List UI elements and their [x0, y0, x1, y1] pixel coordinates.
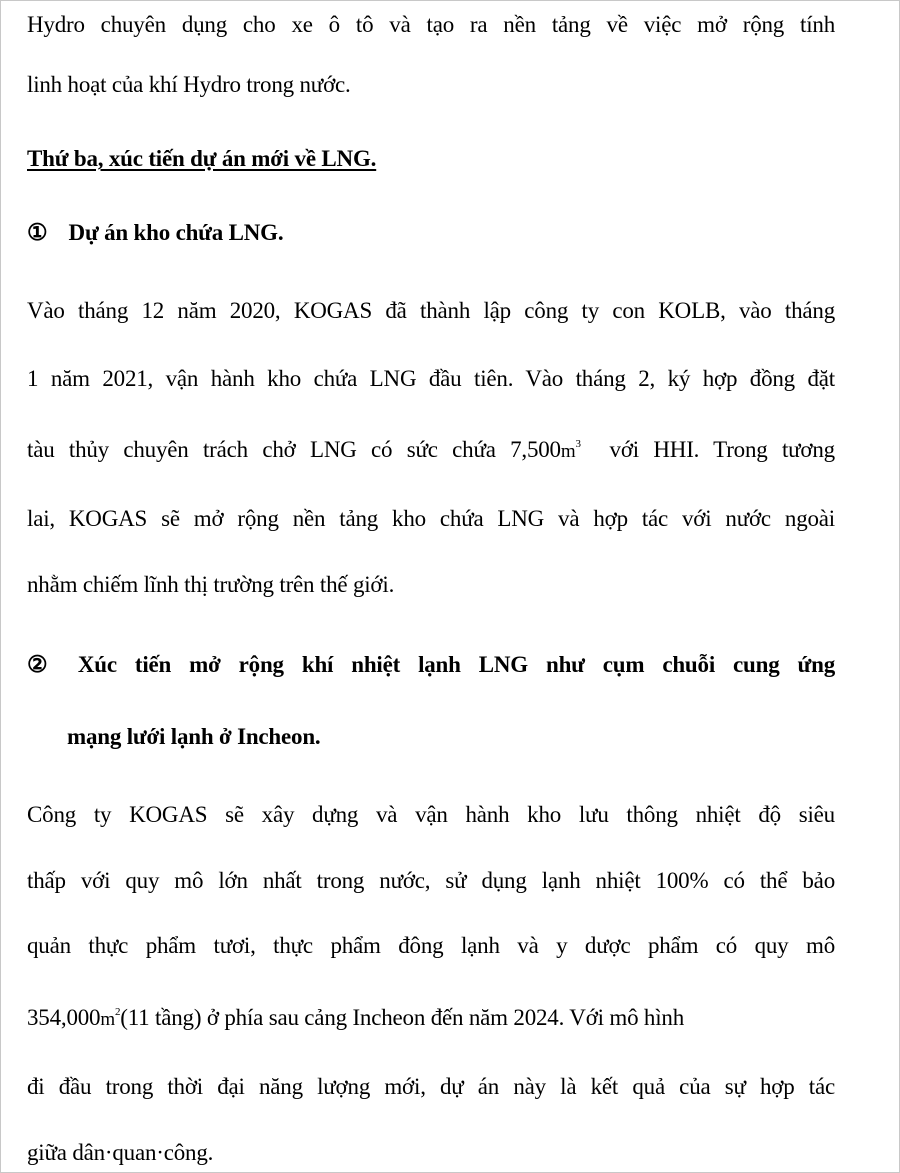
document-page: Hydro chuyên dụng cho xe ô tô và tạo ra … [0, 0, 900, 1173]
item2-title-1: Xúc tiến mở rộng khí nhiệt lạnh LNG như … [78, 652, 835, 677]
item1-line-2: 1 năm 2021, vận hành kho chứa LNG đầu ti… [27, 365, 835, 393]
square-meter-unit: m [100, 1009, 115, 1030]
item2-line-5: đi đầu trong thời đại năng lượng mới, dự… [27, 1073, 835, 1101]
intro-line-1: Hydro chuyên dụng cho xe ô tô và tạo ra … [27, 11, 835, 39]
item2-line-4: 354,000m2(11 tầng) ở phía sau cảng Inche… [27, 998, 684, 1034]
item2-line-4-rest: (11 tầng) ở phía sau cảng Incheon đến nă… [120, 1005, 684, 1030]
item2-line-1: Công ty KOGAS sẽ xây dựng và vận hành kh… [27, 801, 835, 829]
cubic-meter-unit: m [561, 441, 576, 462]
section-heading: Thứ ba, xúc tiến dự án mới về LNG. [27, 145, 376, 173]
item1-line-3-text: tàu thủy chuyên trách chở LNG có sức chứ… [27, 437, 561, 462]
item1-line-3-rest: với HHI. Trong tương [581, 437, 835, 462]
item2-line-4-number: 354,000 [27, 1005, 100, 1030]
item2-heading-line-1: ② Xúc tiến mở rộng khí nhiệt lạnh LNG nh… [27, 651, 835, 679]
item1-line-5: nhằm chiếm lĩnh thị trường trên thế giới… [27, 571, 394, 599]
item1-marker: ① [27, 220, 47, 245]
item2-line-3: quản thực phẩm tươi, thực phẩm đông lạnh… [27, 932, 835, 960]
item2-line-6: giữa dân·quan·công. [27, 1139, 213, 1167]
item1-line-1: Vào tháng 12 năm 2020, KOGAS đã thành lậ… [27, 297, 835, 325]
intro-line-2: linh hoạt của khí Hydro trong nước. [27, 71, 351, 99]
item1-heading: ① Dự án kho chứa LNG. [27, 219, 283, 247]
item1-line-3: tàu thủy chuyên trách chở LNG có sức chứ… [27, 430, 835, 466]
item2-marker: ② [27, 652, 60, 677]
item1-title: Dự án kho chứa LNG. [69, 220, 284, 245]
item2-heading-line-2: mạng lưới lạnh ở Incheon. [67, 723, 320, 751]
item1-line-4: lai, KOGAS sẽ mở rộng nền tảng kho chứa … [27, 505, 835, 533]
item2-line-2: thấp với quy mô lớn nhất trong nước, sử … [27, 867, 835, 895]
